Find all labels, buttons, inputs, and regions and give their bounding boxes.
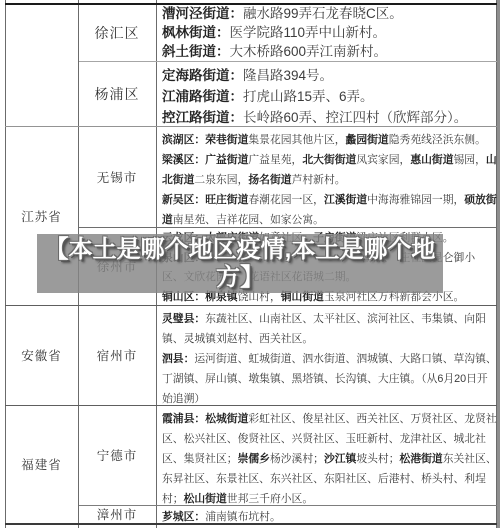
watermark-title: 【本土是哪个地区疫情,本土是哪个地方】 — [37, 236, 443, 292]
city-label: 漳州市 — [97, 505, 138, 523]
city-label: 无锡市 — [97, 168, 138, 186]
city-label: 宿州市 — [97, 346, 138, 364]
city-label: 徐汇区 — [95, 23, 140, 43]
city-cell-wuxi: 无锡市 — [79, 127, 155, 226]
risk-area-table-page: { "overlay": { "title": "【本土是哪个地区疫情,本土是哪… — [0, 0, 500, 528]
city-cell-zhangzhou: 漳州市 — [79, 506, 155, 522]
city-label: 宁德市 — [97, 446, 138, 464]
province-label: 安徽省 — [21, 346, 62, 364]
detail-cell-suzhou: 灵璧县：东蔬社区、山南社区、太平社区、滨河社区、韦集镇、向阳镇、灵城镇刘赵村、西… — [162, 309, 498, 409]
city-cell-yangpu: 杨浦区 — [79, 62, 155, 125]
watermark-overlay: 【本土是哪个地区疫情,本土是哪个地方】 — [37, 234, 443, 293]
province-cell-anhui: 安徽省 — [6, 306, 77, 404]
detail-cell-wuxi: 滨湖区：荣巷街道集景花园其他片区，蠡园街道隐秀苑线泾浜东侧。梁溪区：广益街道广益… — [162, 130, 498, 230]
province-cell-fujian: 福建省 — [6, 406, 77, 522]
province-label: 江苏省 — [21, 207, 62, 225]
city-cell-suzhou: 宿州市 — [79, 306, 155, 404]
detail-cell-xuhui: 漕河泾街道：融水路99弄石龙春晓C区。枫林街道：医学院路110弄中山新村。斜土街… — [162, 4, 492, 61]
detail-cell-ningde: 霞浦县：松城街道彩虹社区、俊星社区、西关社区、万贤社区、龙贤社区、松兴社区、俊贤… — [162, 409, 498, 509]
detail-cell-zhangzhou: 芗城区：浦南镇布坑村。 — [162, 508, 498, 526]
detail-cell-yangpu: 定海路街道：隆昌路394号。江浦路街道：打虎山路15弄、6弄。控江路街道：长岭路… — [162, 65, 492, 128]
city-cell-xuhui: 徐汇区 — [79, 4, 155, 61]
city-cell-ningde: 宁德市 — [79, 406, 155, 504]
city-label: 杨浦区 — [95, 84, 140, 104]
province-label: 福建省 — [21, 455, 62, 473]
